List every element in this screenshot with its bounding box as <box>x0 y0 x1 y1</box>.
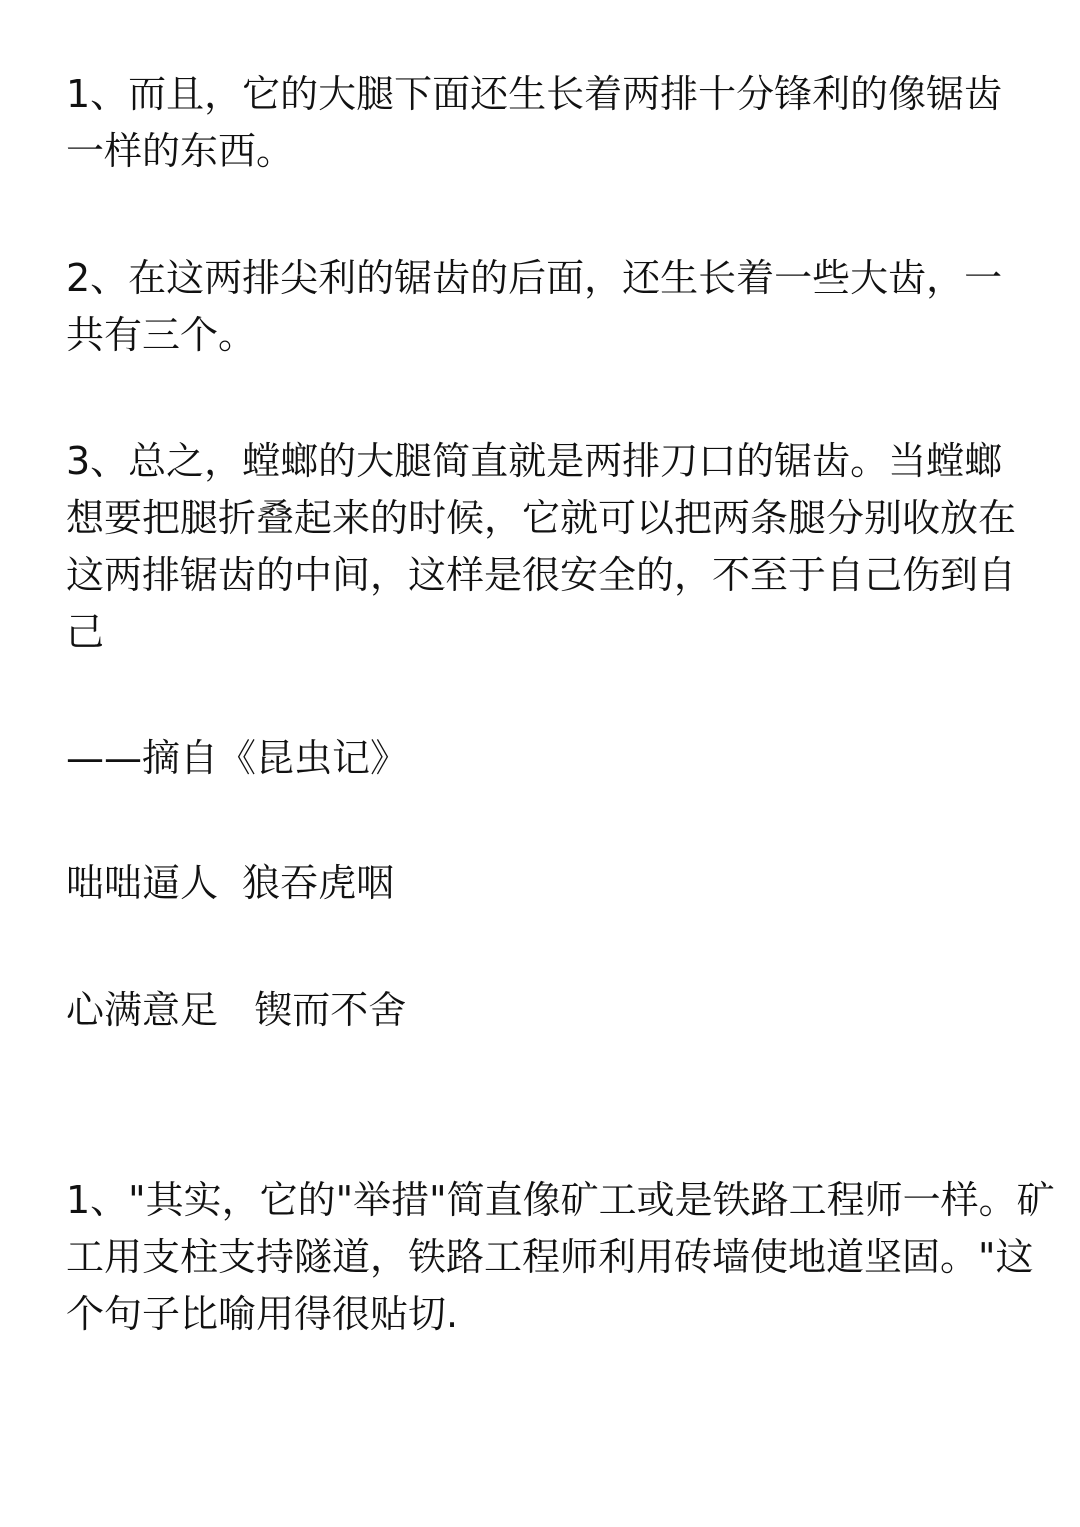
vocab-line-2: 心满意足 锲而不舍 <box>66 982 1026 1039</box>
source-citation: ——摘自《昆虫记》 <box>66 730 1026 787</box>
vocab-line-1: 咄咄逼人 狼吞虎咽 <box>66 855 1026 912</box>
paragraph-1: 1、而且，它的大腿下面还生长着两排十分锋利的像锯齿一样的东西。 <box>66 66 1026 180</box>
paragraph-3: 3、总之，螳螂的大腿简直就是两排刀口的锯齿。当螳螂想要把腿折叠起来的时候，它就可… <box>66 433 1026 661</box>
analysis-paragraph: 1、"其实，它的"举措"简直像矿工或是铁路工程师一样。矿工用支柱支持隧道，铁路工… <box>66 1172 1056 1343</box>
paragraph-2: 2、在这两排尖利的锯齿的后面，还生长着一些大齿，一共有三个。 <box>66 250 1026 364</box>
